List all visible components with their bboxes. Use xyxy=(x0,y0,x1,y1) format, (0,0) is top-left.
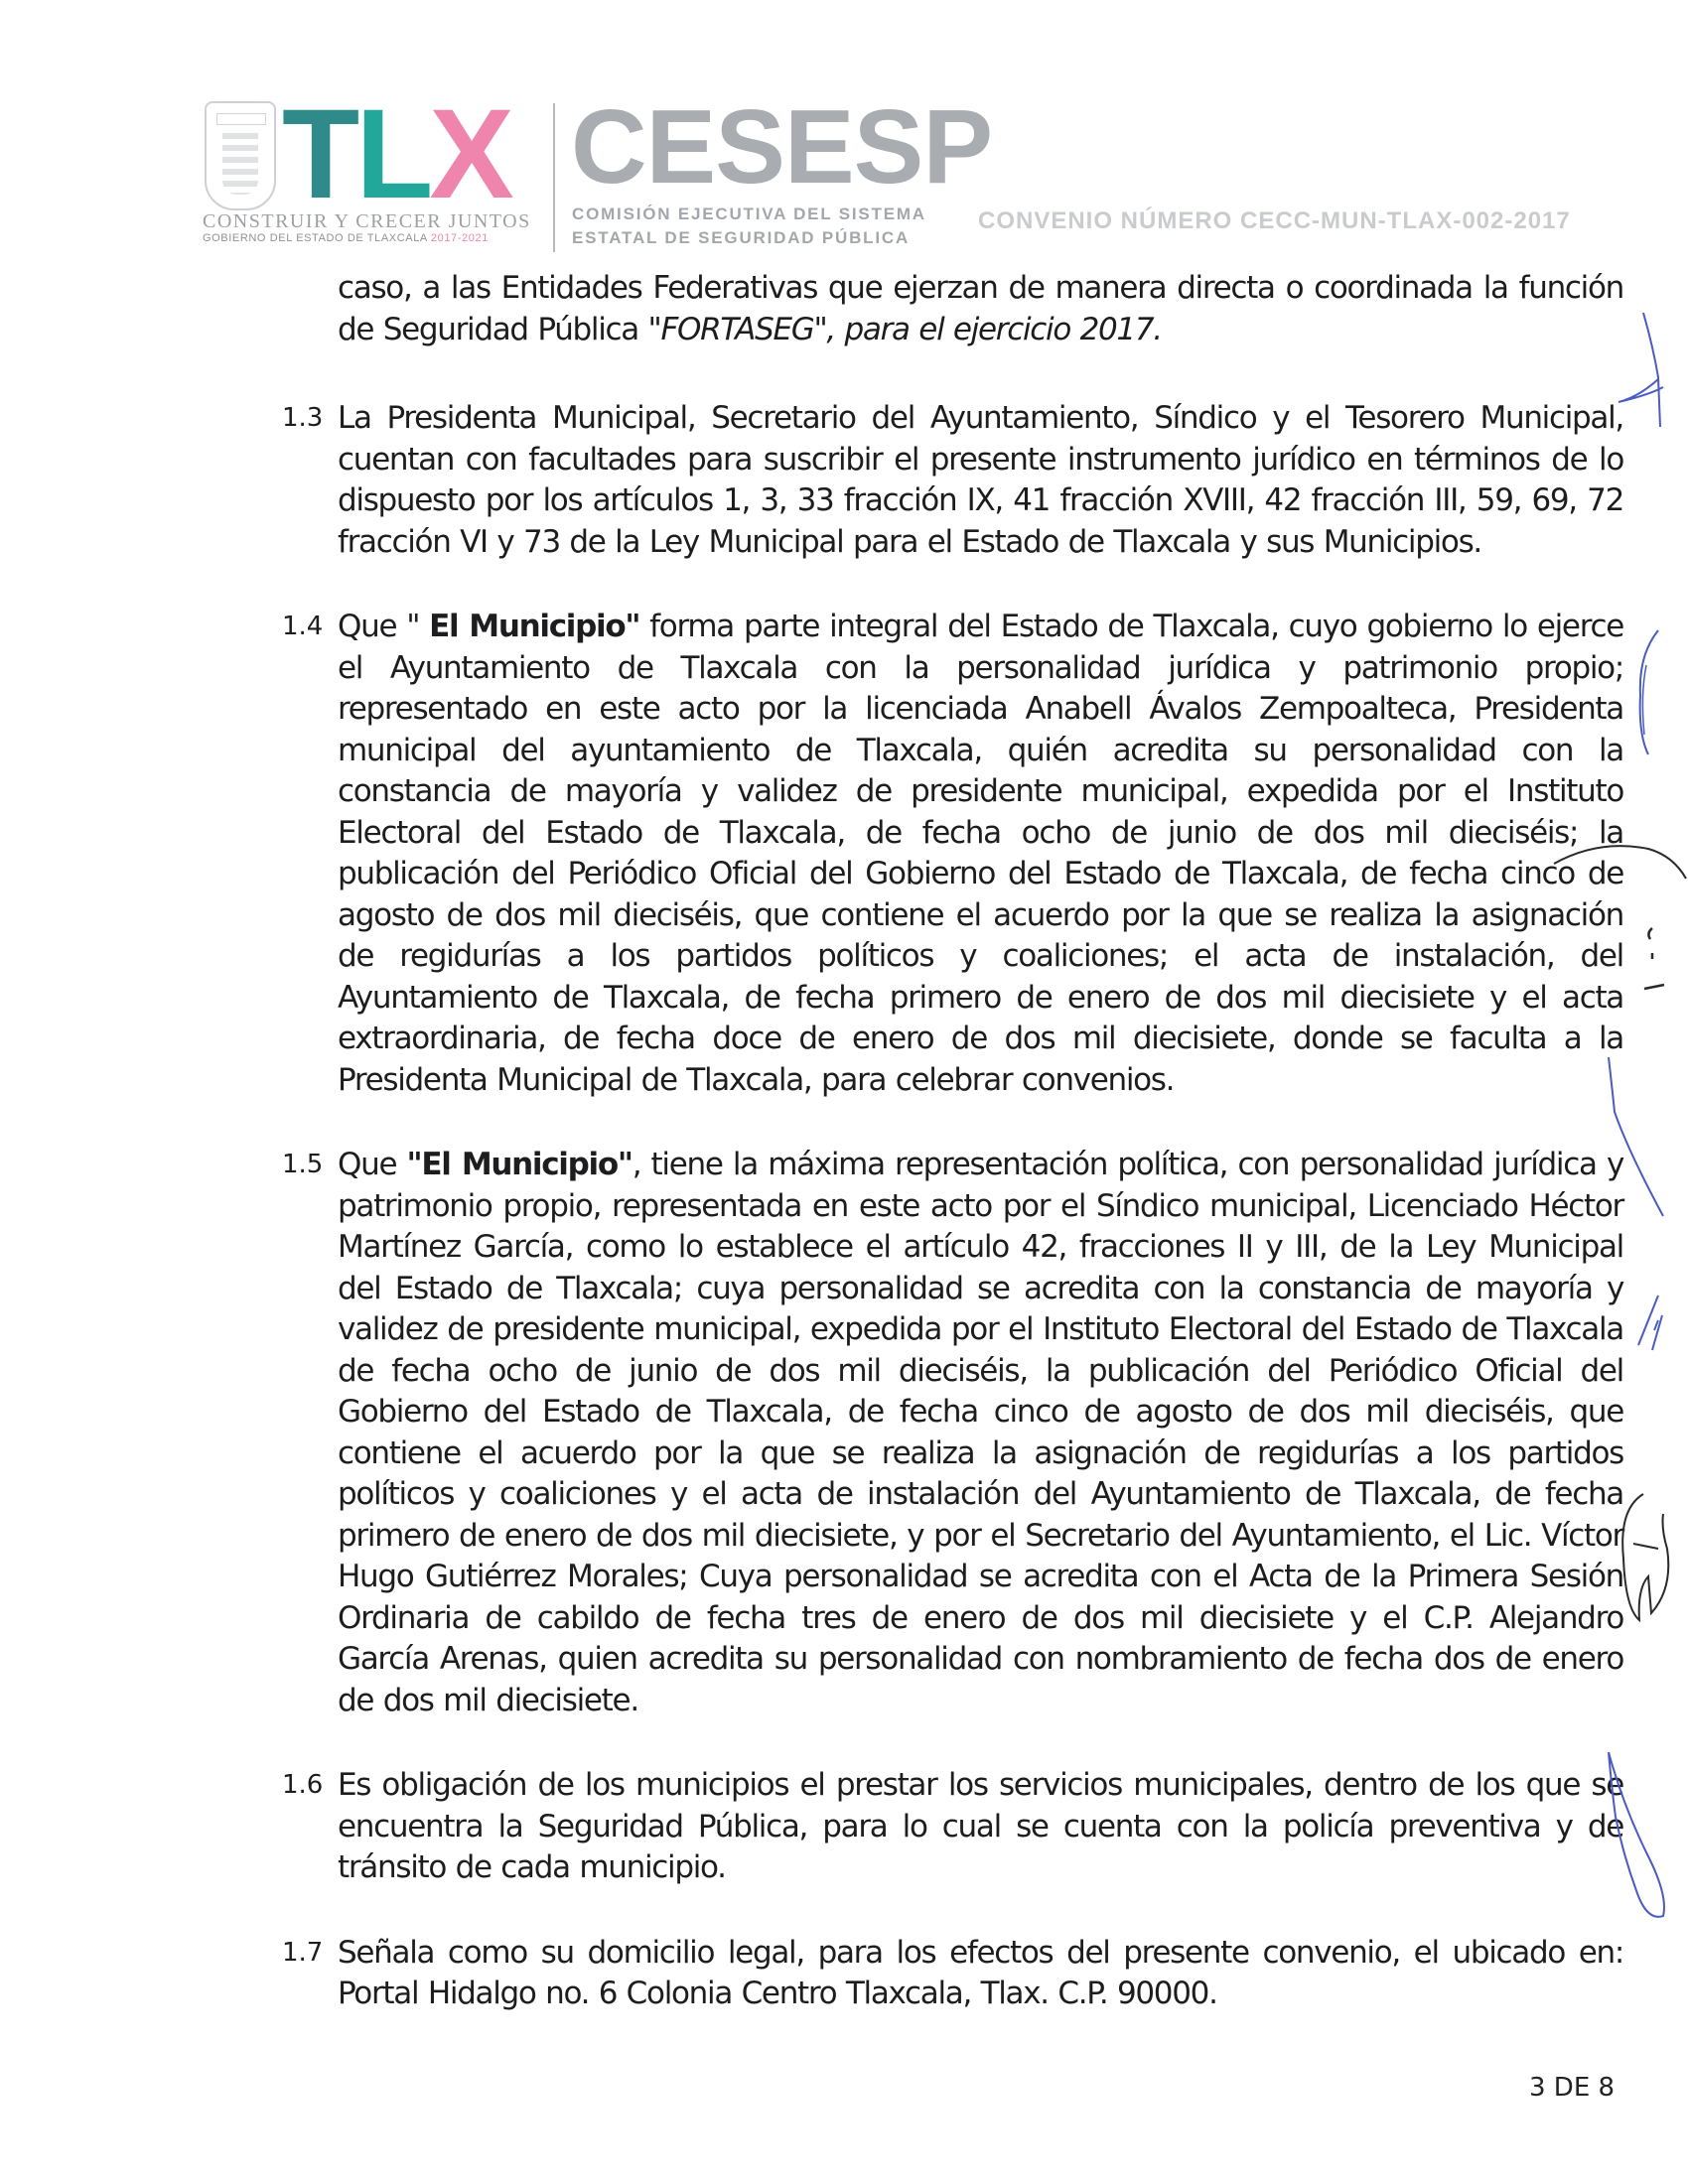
clause-text: La Presidenta Municipal, Secretario del … xyxy=(338,398,1623,563)
continuation-text: caso, a las Entidades Federativas que ej… xyxy=(338,268,1623,350)
header-divider xyxy=(553,103,555,252)
clause-text: Que "El Municipio", tiene la máxima repr… xyxy=(338,1145,1623,1721)
handwritten-bracket-mark-icon xyxy=(1628,625,1668,764)
cesesp-logo: CESESP xyxy=(571,94,992,200)
agreement-number: CONVENIO NÚMERO CECC-MUN-TLAX-002-2017 xyxy=(978,207,1571,235)
clause-text: Es obligación de los municipios el prest… xyxy=(338,1765,1623,1889)
clause-lead: Que xyxy=(338,1147,407,1182)
page-number: 3 DE 8 xyxy=(1529,2073,1615,2103)
continuation-paragraph: caso, a las Entidades Federativas que ej… xyxy=(338,268,1623,350)
document-body: caso, a las Entidades Federativas que ej… xyxy=(338,268,1623,2015)
clause-number: 1.4 xyxy=(282,607,323,648)
clause-text: Que " El Municipio" forma parte integral… xyxy=(338,607,1623,1101)
clause-1-7: 1.7 Señala como su domicilio legal, para… xyxy=(338,1933,1623,2015)
clause-body: forma parte integral del Estado de Tlaxc… xyxy=(338,609,1623,1098)
continuation-text-italic: FORTASEG", para el ejercicio 2017. xyxy=(661,312,1162,347)
tlx-logo: TLX xyxy=(282,91,510,218)
clause-bold-term: "El Municipio" xyxy=(407,1147,633,1182)
clause-text: Señala como su domicilio legal, para los… xyxy=(338,1933,1623,2015)
document-header: TLX CONSTRUIR Y CRECER JUNTOS GOBIERNO D… xyxy=(0,0,1688,268)
clause-1-4: 1.4 Que " El Municipio" forma parte inte… xyxy=(338,607,1623,1101)
clause-1-3: 1.3 La Presidenta Municipal, Secretario … xyxy=(338,398,1623,563)
clause-body: , tiene la máxima representación polític… xyxy=(338,1147,1623,1718)
clause-number: 1.3 xyxy=(282,398,323,440)
clause-1-6: 1.6 Es obligación de los municipios el p… xyxy=(338,1765,1623,1889)
tlx-logo-t: T xyxy=(282,83,355,225)
clause-bold-term: El Municipio" xyxy=(429,609,639,644)
tlaxcala-coat-of-arms-icon xyxy=(205,101,276,210)
cesesp-subtitle-line1: COMISIÓN EJECUTIVA DEL SISTEMA xyxy=(572,205,926,224)
tlx-government-years: 2017-2021 xyxy=(431,232,489,244)
tlx-government-line: GOBIERNO DEL ESTADO DE TLAXCALA 2017-202… xyxy=(203,232,489,244)
clause-number: 1.6 xyxy=(282,1765,323,1807)
clause-number: 1.5 xyxy=(282,1145,323,1186)
handwritten-tick-marks-icon xyxy=(1638,923,1678,1003)
tlx-logo-l: L xyxy=(355,83,429,225)
clause-number: 1.7 xyxy=(282,1933,323,1975)
cesesp-subtitle-line2: ESTATAL DE SEGURIDAD PÚBLICA xyxy=(572,228,910,248)
handwritten-slash-marks-icon xyxy=(1628,1291,1668,1360)
clause-lead: Que " xyxy=(338,609,429,644)
tlx-logo-x: X xyxy=(429,83,509,225)
tlx-tagline: CONSTRUIR Y CRECER JUNTOS xyxy=(203,210,531,233)
clause-1-5: 1.5 Que "El Municipio", tiene la máxima … xyxy=(338,1145,1623,1721)
tlx-government-name: GOBIERNO DEL ESTADO DE TLAXCALA xyxy=(203,232,427,244)
